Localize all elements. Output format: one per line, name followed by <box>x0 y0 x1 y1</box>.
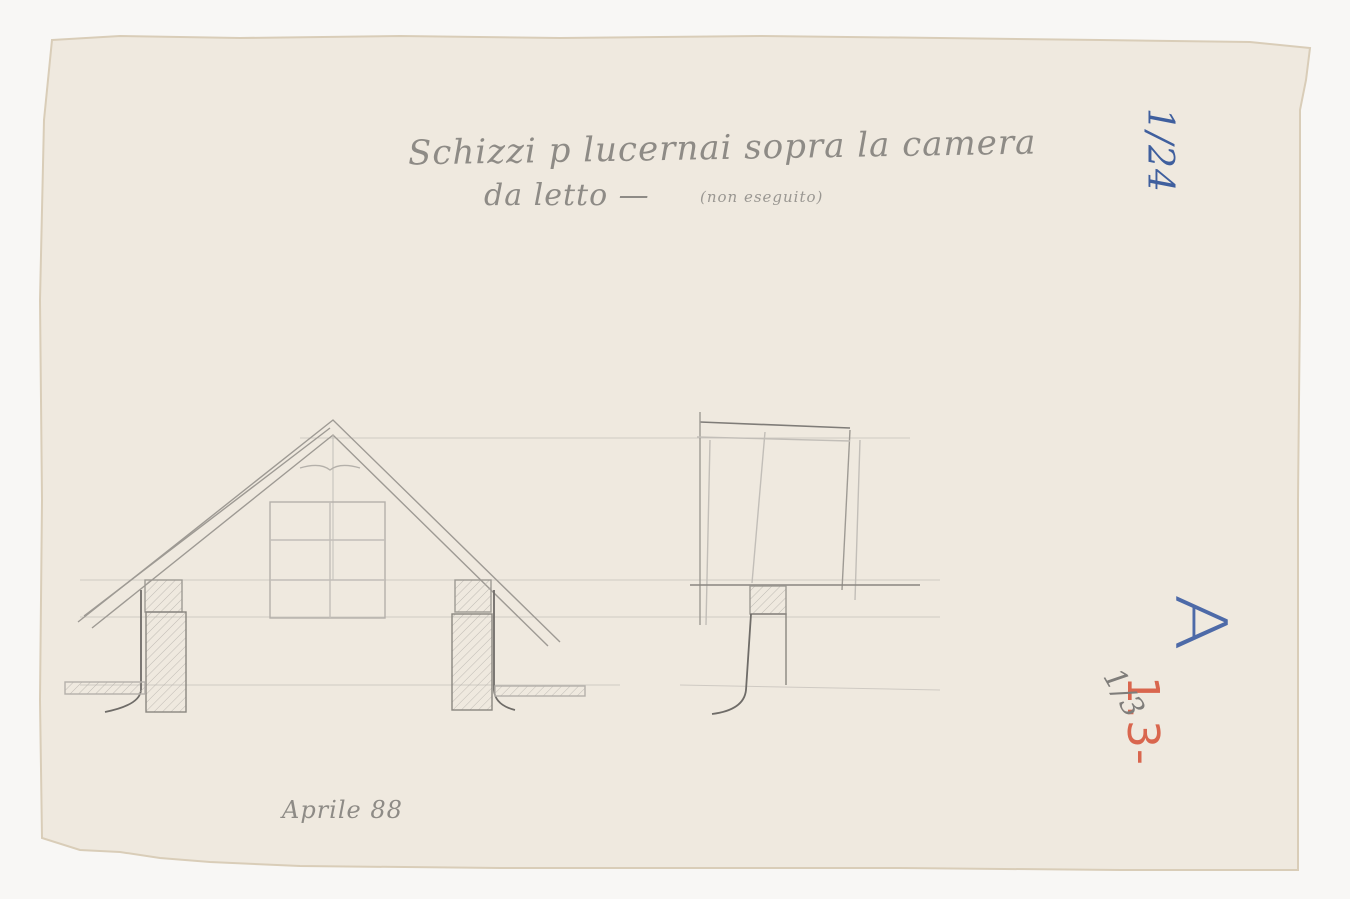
scanned-sheet: Schizzi p lucernai sopra la camera da le… <box>0 0 1350 899</box>
title-line-2: da letto — <box>484 178 650 213</box>
blue-archive-note: 1/24 <box>1139 108 1180 193</box>
blue-archive-letter: A <box>1159 594 1241 653</box>
date-note: Aprile 88 <box>282 796 403 824</box>
title-note: (non eseguito) <box>700 188 823 206</box>
